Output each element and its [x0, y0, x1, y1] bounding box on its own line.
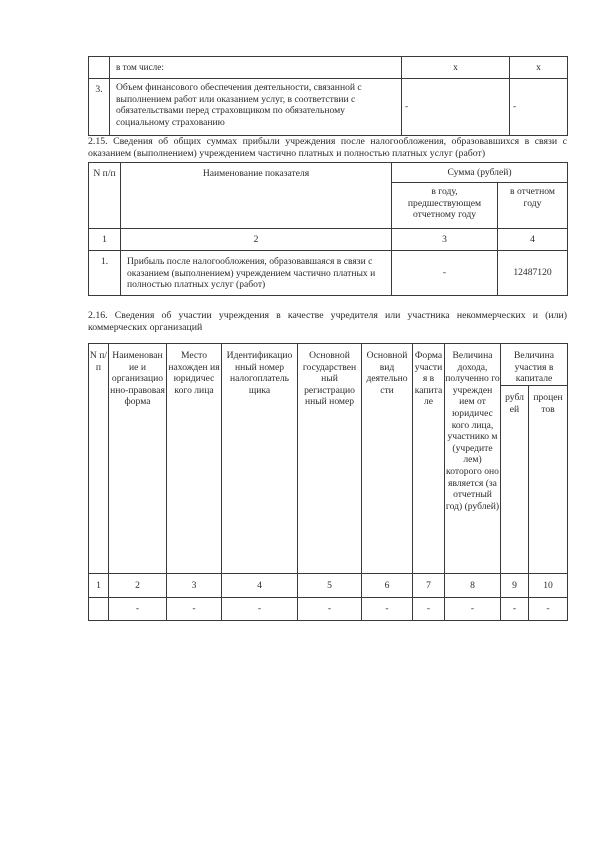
header-row: N п/ п Наименован ие и организацио нно-п…: [89, 344, 568, 386]
table-row: - - - - - - - - -: [89, 598, 568, 621]
header-capital-share: Величина участия в капитале: [501, 344, 568, 386]
column-number: 6: [362, 574, 413, 598]
column-number: 2: [109, 574, 167, 598]
section-2-15-heading: 2.15. Сведения об общих суммах прибыли у…: [88, 136, 567, 159]
header-participation-form: Форма участи я в капита ле: [413, 344, 445, 574]
column-number: 3: [392, 229, 498, 251]
column-number-row: 1 2 3 4 5 6 7 8 9 10: [89, 574, 568, 598]
header-ogrn: Основной государствен ный регистрацио нн…: [298, 344, 362, 574]
column-number: 1: [89, 229, 121, 251]
column-number: 5: [298, 574, 362, 598]
column-number: 4: [222, 574, 298, 598]
header-percent: процен тов: [529, 386, 568, 574]
prev-year-value: -: [402, 79, 510, 136]
column-number: 3: [167, 574, 222, 598]
financing-table: в том числе: x x 3. Объем финансового об…: [88, 56, 568, 136]
table-row: 3. Объем финансового обеспечения деятель…: [89, 79, 568, 136]
header-income: Величина дохода, полученно го учрежден и…: [445, 344, 501, 574]
column-number: 9: [501, 574, 529, 598]
header-activity: Основной вид деятельно сти: [362, 344, 413, 574]
column-number: 10: [529, 574, 568, 598]
column-number: 7: [413, 574, 445, 598]
report-year-value: 12487120: [498, 251, 568, 296]
header-inn: Идентификацио нный номер налогоплатель щ…: [222, 344, 298, 574]
row-name: Прибыль после налогообложения, образовав…: [121, 251, 392, 296]
section-2-16-heading: 2.16. Сведения об участии учреждения в к…: [88, 310, 567, 333]
header-num: N п/п: [89, 163, 121, 229]
report-year-value: x: [510, 57, 568, 79]
row-name: в том числе:: [110, 57, 402, 79]
cell: -: [222, 598, 298, 621]
cell: -: [413, 598, 445, 621]
prev-year-value: x: [402, 57, 510, 79]
profit-table: N п/п Наименование показателя Сумма (руб…: [88, 162, 568, 296]
cell: -: [109, 598, 167, 621]
table-row: в том числе: x x: [89, 57, 568, 79]
participation-table: N п/ п Наименован ие и организацио нно-п…: [88, 343, 568, 621]
row-number: 3.: [89, 79, 110, 136]
row-number: 1.: [89, 251, 121, 296]
column-number: 2: [121, 229, 392, 251]
table-row: 1. Прибыль после налогообложения, образо…: [89, 251, 568, 296]
cell: -: [298, 598, 362, 621]
cell: [89, 598, 109, 621]
prev-year-value: -: [392, 251, 498, 296]
header-num: N п/ п: [89, 344, 109, 574]
cell: -: [167, 598, 222, 621]
column-number: 4: [498, 229, 568, 251]
header-name-form: Наименован ие и организацио нно-правовая…: [109, 344, 167, 574]
cell: -: [501, 598, 529, 621]
report-year-value: -: [510, 79, 568, 136]
header-sum: Сумма (рублей): [392, 163, 568, 183]
header-location: Место нахожден ия юридичес кого лица: [167, 344, 222, 574]
header-report-year: в отчетном году: [498, 183, 568, 229]
header-name: Наименование показателя: [121, 163, 392, 229]
header-rubles: рубл ей: [501, 386, 529, 574]
row-number: [89, 57, 110, 79]
column-number-row: 1 2 3 4: [89, 229, 568, 251]
header-prev-year: в году, предшествующем отчетному году: [392, 183, 498, 229]
cell: -: [362, 598, 413, 621]
column-number: 1: [89, 574, 109, 598]
cell: -: [445, 598, 501, 621]
row-name: Объем финансового обеспечения деятельнос…: [110, 79, 402, 136]
header-row: N п/п Наименование показателя Сумма (руб…: [89, 163, 568, 183]
cell: -: [529, 598, 568, 621]
column-number: 8: [445, 574, 501, 598]
